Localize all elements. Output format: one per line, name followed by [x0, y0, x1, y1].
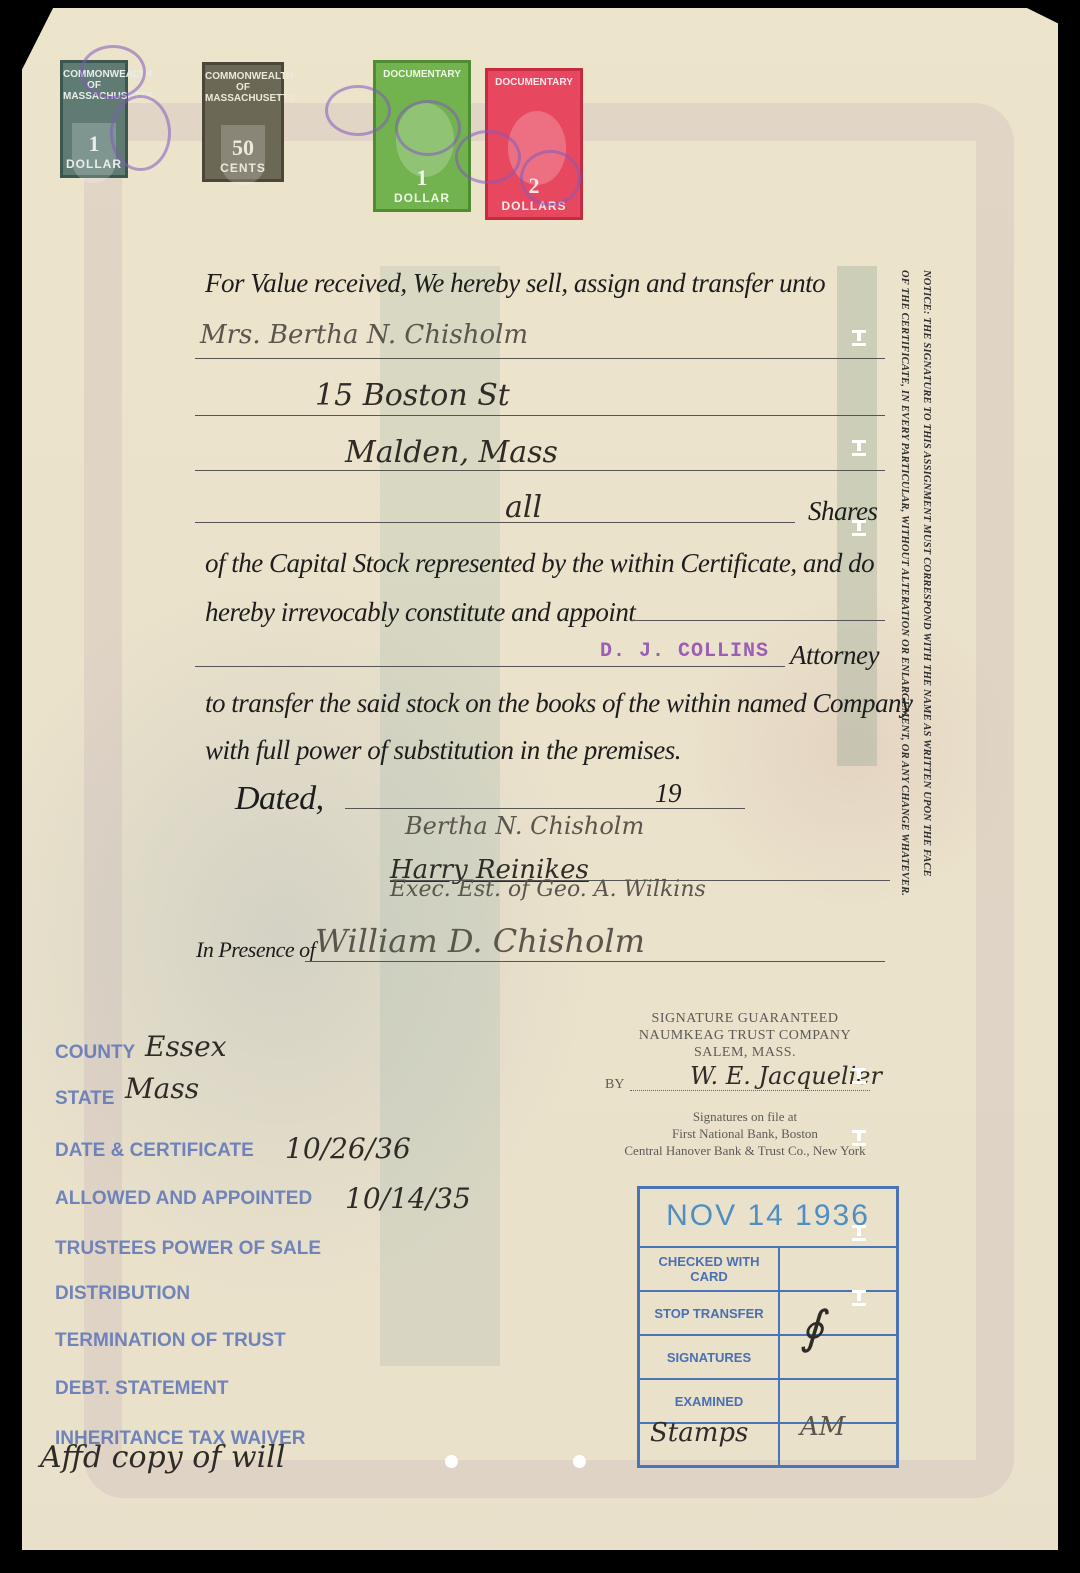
- guarantee-line-3: SALEM, MASS.: [600, 1044, 890, 1061]
- ma-stock-transfer-stamp-50-cents: COMMONWEALTH OFMASSACHUSETTS 50 CENTS: [202, 62, 284, 182]
- year-prefix: 19: [655, 778, 681, 809]
- notice-line-2: OF THE CERTIFICATE, IN EVERY PARTICULAR,…: [893, 270, 915, 1020]
- signature-notice: NOTICE: THE SIGNATURE TO THIS ASSIGNMENT…: [893, 270, 913, 1020]
- appoint-line: [630, 620, 885, 621]
- date-certificate-label: DATE & CERTIFICATE: [55, 1140, 254, 1162]
- examiner-scribble-icon: ∮: [800, 1300, 824, 1354]
- assignment-heading: For Value received, We hereby sell, assi…: [205, 268, 825, 299]
- county-label: COUNTY: [55, 1042, 135, 1064]
- guarantee-line-2: NAUMKEAG TRUST COMPANY: [600, 1027, 890, 1044]
- street-line: [195, 415, 885, 416]
- city-line: [195, 470, 885, 471]
- irrevocably-text: hereby irrevocably constitute and appoin…: [205, 597, 635, 628]
- signature-bertha-chisholm: Bertha N. Chisholm: [405, 812, 644, 840]
- substitution-text: with full power of substitution in the p…: [205, 735, 681, 766]
- witness-signature: William D. Chisholm: [315, 922, 645, 960]
- attorney-name: D. J. COLLINS: [600, 640, 769, 663]
- punch-hole-icon: [445, 1455, 458, 1468]
- initials-am: AM: [800, 1412, 845, 1442]
- stamp-unit: CENTS: [205, 161, 281, 175]
- cancellation-mark-icon: [80, 45, 146, 99]
- state-label: STATE: [55, 1088, 114, 1110]
- cancellation-mark-icon: [110, 95, 171, 171]
- stamp-unit: DOLLAR: [63, 157, 125, 171]
- perforation-h-icon: [852, 1068, 866, 1084]
- debt-statement-label: DEBT. STATEMENT: [55, 1378, 228, 1400]
- check-row: SIGNATURES: [640, 1336, 896, 1380]
- notice-line-1: NOTICE: THE SIGNATURE TO THIS ASSIGNMENT…: [915, 270, 937, 1020]
- termination-label: TERMINATION OF TRUST: [55, 1330, 286, 1352]
- perforation-h-icon: [852, 1290, 866, 1306]
- name-line: [195, 358, 885, 359]
- presence-label: In Presence of: [196, 937, 315, 963]
- capital-stock-text: of the Capital Stock represented by the …: [205, 548, 874, 579]
- initials-stamps: Stamps: [650, 1418, 748, 1448]
- check-cell-label: EXAMINED: [640, 1380, 780, 1422]
- executor-title: Exec. Est. of Geo. A. Wilkins: [390, 877, 706, 902]
- check-cell-label: STOP TRANSFER: [640, 1292, 780, 1334]
- state-value: Mass: [125, 1072, 199, 1105]
- perforation-h-icon: [852, 440, 866, 456]
- cancellation-mark-icon: [455, 130, 521, 184]
- guarantee-line-4: Signatures on file at: [580, 1108, 910, 1125]
- check-cell-label: SIGNATURES: [640, 1336, 780, 1378]
- distribution-label: DISTRIBUTION: [55, 1283, 190, 1305]
- stamp-value: 1: [376, 165, 468, 191]
- signature-guarantee-stamp: SIGNATURE GUARANTEED NAUMKEAG TRUST COMP…: [600, 1010, 890, 1061]
- check-cell-label: CHECKED WITH CARD: [640, 1248, 780, 1290]
- transfer-text: to transfer the said stock on the books …: [205, 688, 912, 719]
- guarantee-by-label: BY: [605, 1077, 624, 1093]
- stamp-value: 50: [205, 135, 281, 161]
- transferee-street: 15 Boston St: [315, 378, 510, 413]
- date-line: [345, 808, 745, 809]
- attorney-line: [195, 666, 785, 667]
- will-note: Affd copy of will: [40, 1440, 285, 1475]
- transferee-city: Malden, Mass: [345, 435, 558, 470]
- cancellation-mark-icon: [325, 85, 391, 136]
- dated-label: Dated,: [235, 780, 324, 818]
- allowed-appointed-value: 10/14/35: [345, 1182, 471, 1215]
- witness-line: [305, 961, 885, 962]
- trustees-power-label: TRUSTEES POWER OF SALE: [55, 1238, 321, 1260]
- perforation-h-icon: [852, 1130, 866, 1146]
- stamp-unit: DOLLAR: [376, 191, 468, 205]
- shares-written: all: [505, 490, 542, 525]
- shares-label: Shares: [808, 496, 878, 527]
- allowed-appointed-label: ALLOWED AND APPOINTED: [55, 1188, 312, 1210]
- transferee-name: Mrs. Bertha N. Chisholm: [200, 320, 528, 350]
- stamp-issuer: DOCUMENTARY: [376, 63, 468, 80]
- cancellation-mark-icon: [395, 100, 461, 156]
- perforation-h-icon: [852, 1225, 866, 1241]
- attorney-label: Attorney: [790, 640, 879, 671]
- date-certificate-value: 10/26/36: [285, 1132, 411, 1165]
- guarantee-line-1: SIGNATURE GUARANTEED: [600, 1010, 890, 1027]
- cancellation-mark-icon: [520, 150, 581, 206]
- stamp-issuer: COMMONWEALTH OFMASSACHUSETTS: [205, 65, 281, 104]
- county-value: Essex: [145, 1030, 227, 1063]
- check-row: CHECKED WITH CARD: [640, 1248, 896, 1292]
- perforation-h-icon: [852, 330, 866, 346]
- shares-line: [195, 522, 795, 523]
- stamp-issuer: DOCUMENTARY: [488, 71, 580, 88]
- punch-hole-icon: [573, 1455, 586, 1468]
- guarantee-by-line: [630, 1090, 870, 1091]
- perforation-h-icon: [852, 520, 866, 536]
